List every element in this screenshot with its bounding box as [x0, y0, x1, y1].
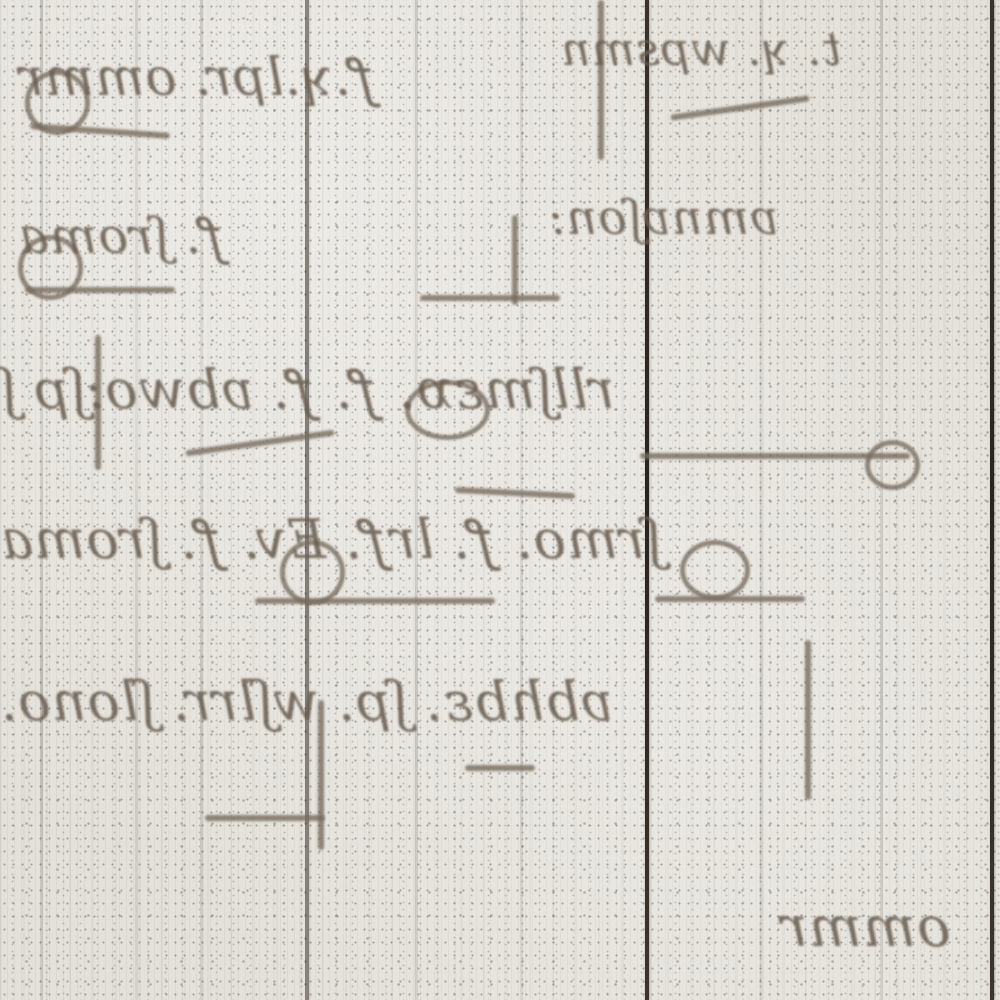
ink-underline — [255, 598, 495, 604]
ink-crossbar — [465, 765, 535, 771]
wood-grain — [880, 0, 883, 1000]
ink-underline — [655, 596, 805, 602]
wood-grain — [760, 0, 763, 1000]
ink-crossbar — [205, 815, 325, 821]
script-line: ʃrmo. ꝭ. lrꝭ. Ev. ꝭ. ʃroma — [0, 500, 661, 574]
plank-seam — [990, 0, 994, 1000]
script-line: rllʃmɛɒ. ꝭ. ꝭ. ɐbwo:ʃp ʃ — [0, 350, 615, 424]
script-line: ɐbhbɛ. ʃp. wʃlrr. ʃlono. — [0, 670, 613, 733]
ink-underline — [25, 287, 175, 293]
script-line: ꝭ. ʃroma — [18, 200, 226, 268]
ink-loop — [865, 440, 920, 490]
ink-descender — [512, 215, 518, 305]
script-line: ɐmnɐʃon: — [548, 190, 779, 246]
script-line: ꝭ.ʞ.lpr. ommr — [18, 40, 377, 111]
script-line: t. ʞ. wpsmn — [560, 22, 842, 76]
wood-texture-canvas: ꝭ.ʞ.lpr. ommr t. ʞ. wpsmn ꝭ. ʃroma ɐmnɐʃ… — [0, 0, 1000, 1000]
ink-descender — [805, 640, 811, 800]
ink-underline — [420, 295, 560, 301]
ink-loop — [680, 540, 750, 600]
script-line: ommr — [780, 895, 951, 960]
